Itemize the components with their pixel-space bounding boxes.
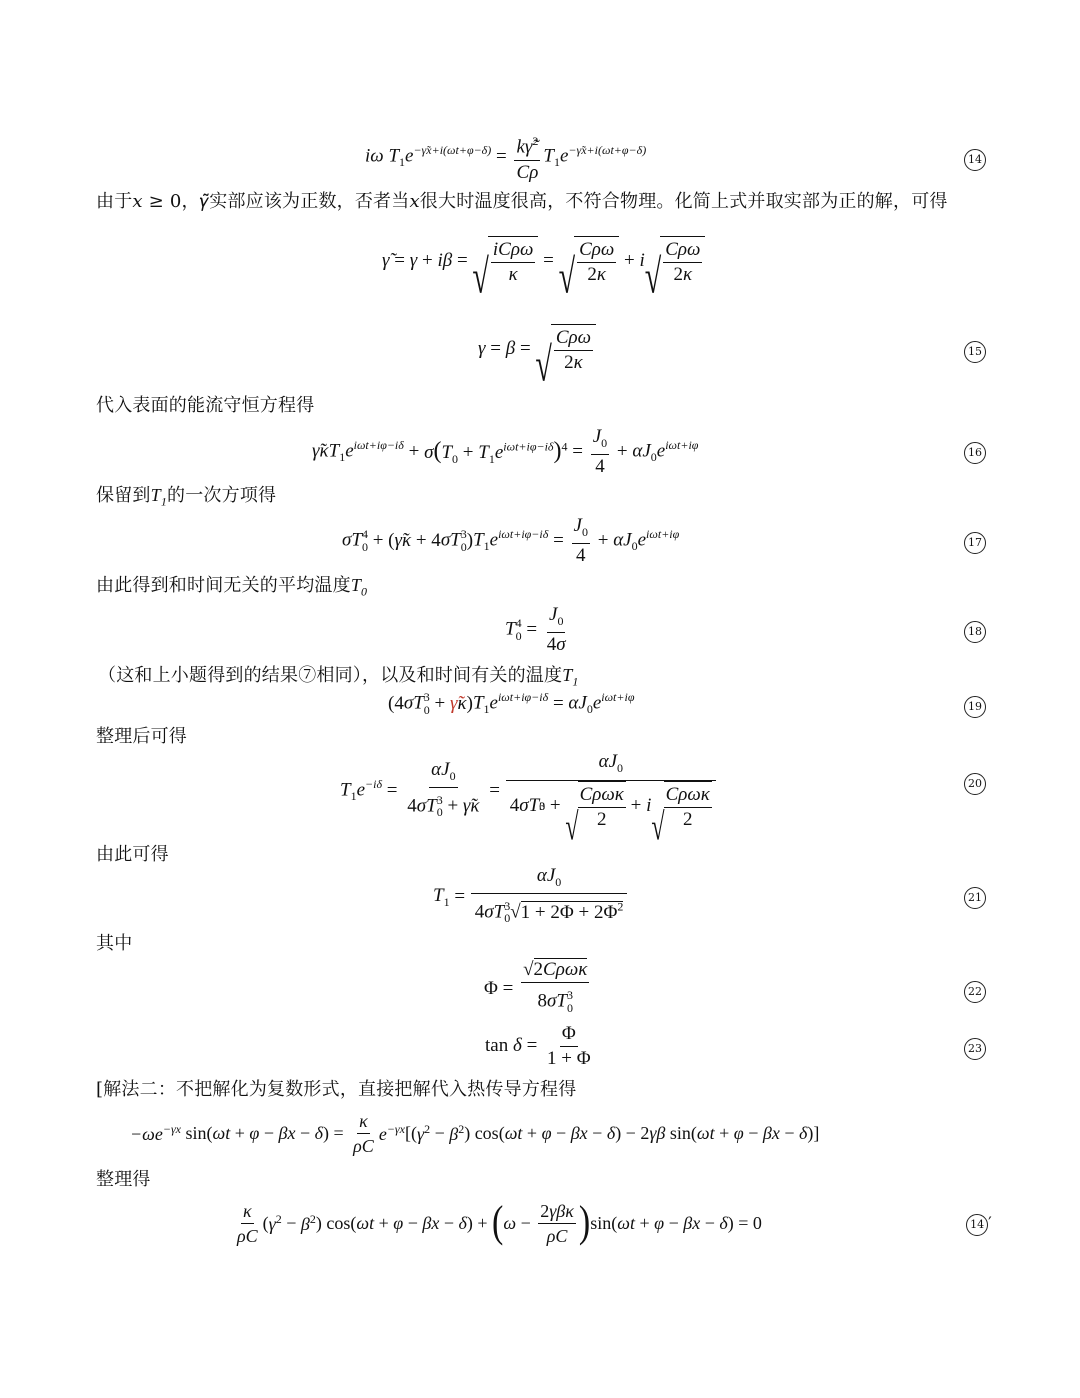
equation-20: T1e−iδ = αJ04σT30 + γ̃κ = αJ0 4σT30 + √C…: [340, 756, 717, 826]
equation-23: tan δ = Φ1 + Φ: [485, 1021, 596, 1071]
paragraph-rearrange: 整理后可得: [96, 725, 187, 749]
text-fragment: （这和上小题得到的结果⑦相同），以及和时间有关的温度: [98, 665, 562, 686]
paragraph-time-dependent: （这和上小题得到的结果⑦相同），以及和时间有关的温度T1: [98, 663, 579, 694]
paragraph-where: 其中: [96, 932, 132, 956]
equation-16: γ̃κT1eiωt+iφ−iδ + σ(T0 + T1eiωt+iφ−iδ)4 …: [312, 428, 698, 476]
equation-21: T1 = αJ0 4σT30√1 + 2Φ + 2Φ2: [433, 872, 628, 922]
text-fragment: 保留到: [96, 485, 151, 506]
equation-number-20: 20: [964, 771, 986, 793]
equation-15: γ = β = √Cρω2κ: [478, 318, 596, 380]
equation-number-23: 23: [964, 1036, 986, 1058]
equation-gamma-tilde: γ̃ = γ + iβ = √iCρωκ = √Cρω2κ + i √Cρω2κ: [382, 230, 705, 292]
text-fragment: 的一次方项得: [167, 485, 276, 506]
prime-mark: ′: [988, 1213, 992, 1232]
equation-number-15: 15: [964, 339, 986, 361]
equation-number-17: 17: [964, 530, 986, 552]
equation-number-14-prime: 14′: [964, 1212, 994, 1234]
document-page: iω T1e−γ̃x+i(ωt+φ−δ) = kγ̃2Cρ T1e−γ̃x+i(…: [0, 0, 1080, 1398]
paragraph-first-order: 保留到T1的一次方项得: [96, 483, 276, 514]
equation-18: T40 = J04σ: [505, 606, 571, 654]
equation-number-18: 18: [964, 619, 986, 641]
equation-number-19: 19: [964, 694, 986, 716]
paragraph-method-two: [解法二：不把解化为复数形式，直接把解代入热传导方程得: [96, 1078, 576, 1102]
text-fragment: 由此得到和时间无关的平均温度: [96, 575, 351, 596]
paragraph-thus: 由此可得: [96, 843, 169, 867]
equation-17: σT40 + (γ̃κ + 4σT30) T1eiωt+iφ−iδ = J04 …: [342, 517, 679, 565]
equation-number-14: 14: [964, 147, 986, 169]
paragraph-surface-flux: 代入表面的能流守恒方程得: [96, 394, 314, 418]
equation-14: iω T1e−γ̃x+i(ωt+φ−δ) = kγ̃2Cρ T1e−γ̃x+i(…: [365, 132, 646, 182]
equation-14-prime: κρC (γ2 − β2) cos(ωt + φ − βx − δ) + (ω …: [232, 1198, 762, 1248]
equation-number-16: 16: [964, 440, 986, 462]
paragraph-real-part: 由于𝑥 ≥ 0，𝛾̃实部应该为正数，否者当𝑥很大时温度很高，不符合物理。化简上式…: [96, 190, 948, 214]
paragraph-simplify: 整理得: [96, 1168, 151, 1192]
equation-19: (4σT30 + γ̃κ) T1eiωt+iφ−iδ = αJ0eiωt+iφ: [388, 690, 634, 718]
equation-22: Φ = √2Cρωκ8σT30: [484, 962, 592, 1016]
equation-method-two: −ωe−γx sin(ωt + φ − βx − δ) = κρC e−γx[(…: [130, 1108, 819, 1158]
equation-number-21: 21: [964, 885, 986, 907]
equation-number-22: 22: [964, 979, 986, 1001]
paragraph-mean-temp: 由此得到和时间无关的平均温度T0: [96, 573, 367, 604]
